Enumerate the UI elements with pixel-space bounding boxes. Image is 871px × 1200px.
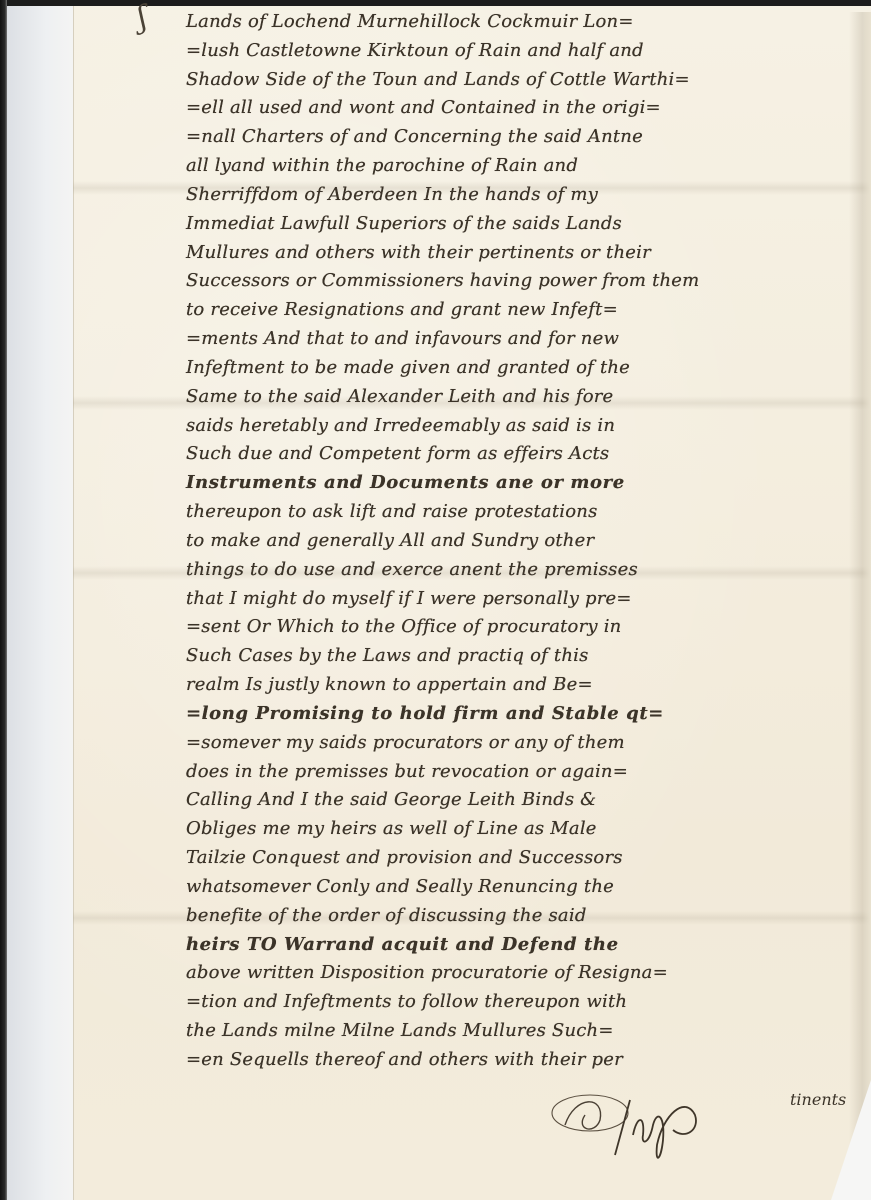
manuscript-line: realm Is justly known to appertain and B… <box>186 671 856 700</box>
manuscript-line: =nall Charters of and Concerning the sai… <box>186 123 856 152</box>
manuscript-line: does in the premisses but revocation or … <box>186 758 856 787</box>
manuscript-line: things to do use and exerce anent the pr… <box>186 556 856 585</box>
manuscript-line: Instruments and Documents ane or more <box>186 469 856 498</box>
manuscript-line: thereupon to ask lift and raise protesta… <box>186 498 856 527</box>
manuscript-line: Successors or Commissioners having power… <box>186 267 856 296</box>
manuscript-line: whatsomever Conly and Seally Renuncing t… <box>186 873 856 902</box>
manuscript-line: =long Promising to hold firm and Stable … <box>186 700 856 729</box>
manuscript-line: Such Cases by the Laws and practiq of th… <box>186 642 856 671</box>
manuscript-line: Sherriffdom of Aberdeen In the hands of … <box>186 181 856 210</box>
manuscript-line: Lands of Lochend Murnehillock Cockmuir L… <box>186 8 856 37</box>
signature-flourish <box>545 1085 715 1165</box>
manuscript-line: =ments And that to and infavours and for… <box>186 325 856 354</box>
manuscript-line: =somever my saids procurators or any of … <box>186 729 856 758</box>
manuscript-line: Shadow Side of the Toun and Lands of Cot… <box>186 66 856 95</box>
manuscript-line: Such due and Competent form as effeirs A… <box>186 440 856 469</box>
manuscript-line: =en Sequells thereof and others with the… <box>186 1046 856 1075</box>
manuscript-line: heirs TO Warrand acquit and Defend the <box>186 931 856 960</box>
catchword: tinents <box>790 1090 846 1109</box>
handwritten-text: Lands of Lochend Murnehillock Cockmuir L… <box>186 8 856 1075</box>
manuscript-line: =ell all used and wont and Contained in … <box>186 94 856 123</box>
manuscript-line: saids heretably and Irredeemably as said… <box>186 412 856 441</box>
manuscript-line: =lush Castletowne Kirktoun of Rain and h… <box>186 37 856 66</box>
manuscript-line: Same to the said Alexander Leith and his… <box>186 383 856 412</box>
manuscript-line: =tion and Infeftments to follow thereupo… <box>186 988 856 1017</box>
manuscript-line: benefite of the order of discussing the … <box>186 902 856 931</box>
manuscript-line: Obliges me my heirs as well of Line as M… <box>186 815 856 844</box>
manuscript-line: above written Disposition procuratorie o… <box>186 959 856 988</box>
manuscript-line: Immediat Lawfull Superiors of the saids … <box>186 210 856 239</box>
manuscript-line: all lyand within the parochine of Rain a… <box>186 152 856 181</box>
manuscript-line: =sent Or Which to the Office of procurat… <box>186 613 856 642</box>
manuscript-line: to make and generally All and Sundry oth… <box>186 527 856 556</box>
manuscript-line: Tailzie Conquest and provision and Succe… <box>186 844 856 873</box>
manuscript-line: Infeftment to be made given and granted … <box>186 354 856 383</box>
manuscript-line: that I might do myself if I were persona… <box>186 585 856 614</box>
manuscript-line: Mullures and others with their pertinent… <box>186 239 856 268</box>
manuscript-line: Calling And I the said George Leith Bind… <box>186 786 856 815</box>
scanner-border-left <box>0 0 7 1200</box>
scan-margin <box>7 6 73 1200</box>
manuscript-line: to receive Resignations and grant new In… <box>186 296 856 325</box>
manuscript-line: the Lands milne Milne Lands Mullures Suc… <box>186 1017 856 1046</box>
signature-icon <box>545 1085 715 1165</box>
